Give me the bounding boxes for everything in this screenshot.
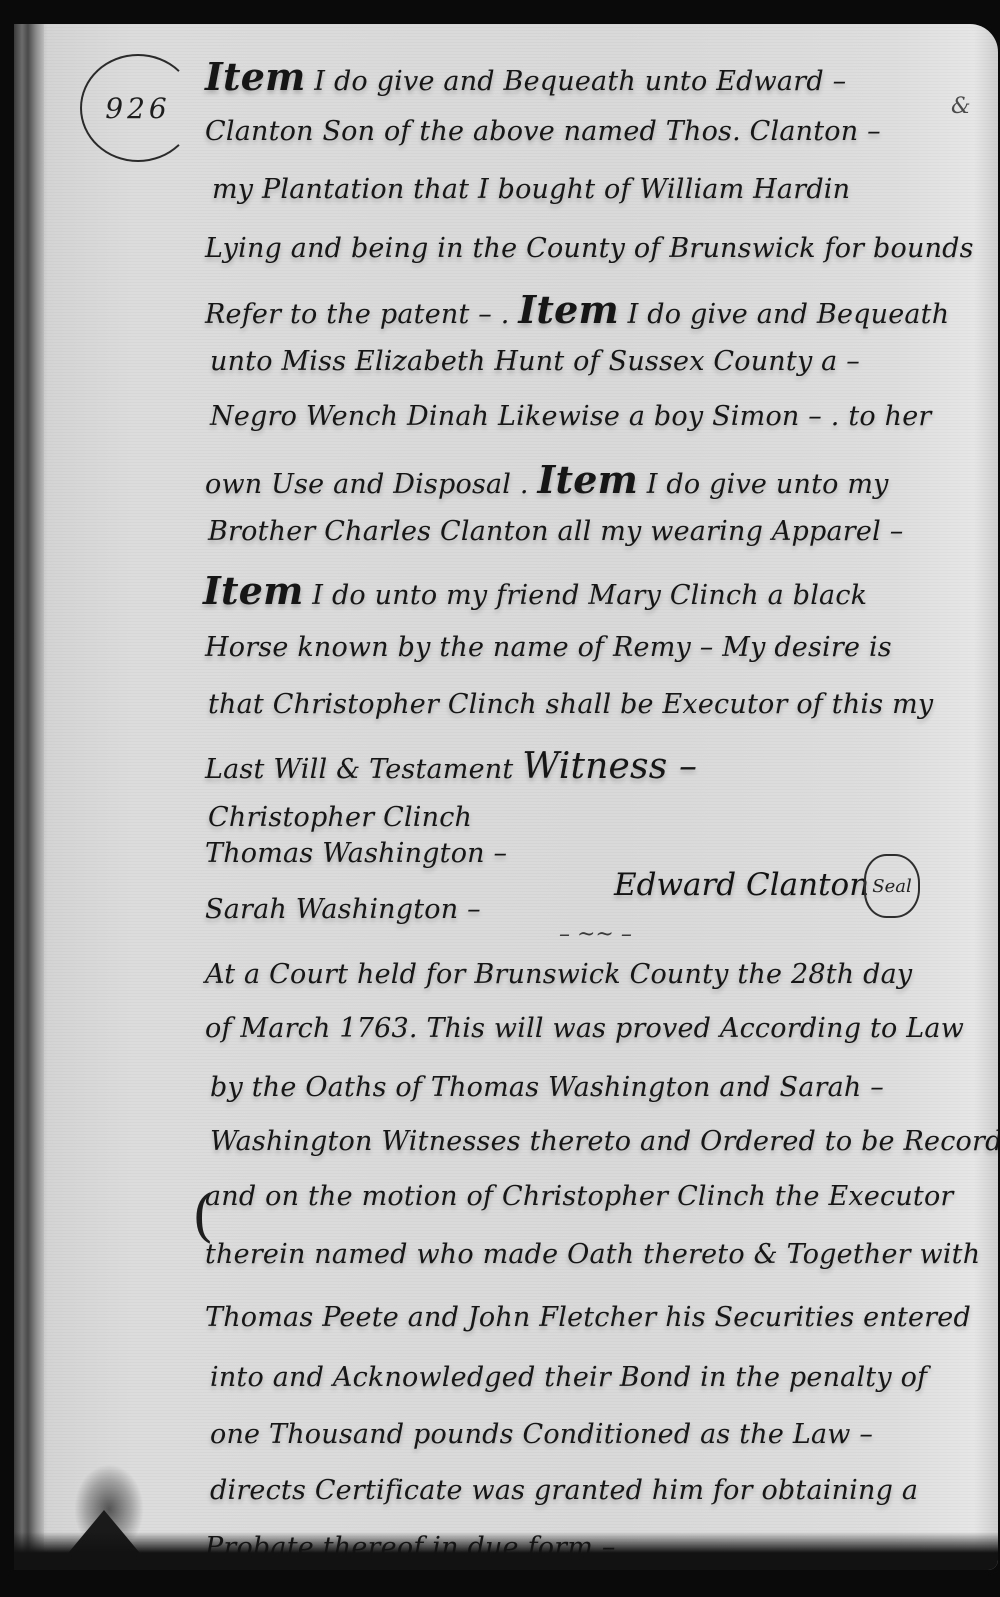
line-text: my Plantation that I bought of William H… <box>212 174 850 205</box>
line-text: Brother Charles Clanton all my wearing A… <box>208 516 903 547</box>
manuscript-line: Last Will & Testament Witness – <box>205 746 697 787</box>
line-text: Thomas Washington – <box>205 838 507 869</box>
line-text: and on the motion of Christopher Clinch … <box>205 1181 954 1212</box>
manuscript-line: one Thousand pounds Conditioned as the L… <box>210 1419 873 1450</box>
line-text: Last Will & Testament <box>205 754 522 785</box>
manuscript-line: Clanton Son of the above named Thos. Cla… <box>205 116 881 147</box>
line-text: Sarah Washington – <box>205 894 481 925</box>
line-text: Horse known by the name of Remy – My des… <box>205 632 892 663</box>
testator-signature: Edward Clanton <box>614 867 869 903</box>
line-text-suffix: I do give unto my <box>638 469 889 500</box>
line-text: of March 1763. This will was proved Acco… <box>205 1013 964 1044</box>
line-text: unto Miss Elizabeth Hunt of Sussex Count… <box>210 346 860 377</box>
line-text: that Christopher Clinch shall be Executo… <box>208 689 933 720</box>
manuscript-line: Refer to the patent – . Item I do give a… <box>205 287 949 332</box>
manuscript-line: directs Certificate was granted him for … <box>210 1475 918 1506</box>
line-text: I do unto my friend Mary Clinch a black <box>304 580 868 611</box>
manuscript-page: 926 & Item I do give and Bequeath unto E… <box>14 24 998 1570</box>
manuscript-line: At a Court held for Brunswick County the… <box>205 959 912 990</box>
line-text: Lying and being in the County of Brunswi… <box>205 233 974 264</box>
manuscript-line: Christopher Clinch <box>208 802 472 833</box>
manuscript-line: into and Acknowledged their Bond in the … <box>210 1362 927 1393</box>
manuscript-line: by the Oaths of Thomas Washington and Sa… <box>210 1072 884 1103</box>
manuscript-line: my Plantation that I bought of William H… <box>212 174 850 205</box>
manuscript-line: Horse known by the name of Remy – My des… <box>205 632 892 663</box>
line-text: Clanton Son of the above named Thos. Cla… <box>205 116 881 147</box>
item-heading: Item <box>518 287 619 332</box>
line-text: one Thousand pounds Conditioned as the L… <box>210 1419 873 1450</box>
seal-label: Seal <box>872 876 911 897</box>
seal-mark: Seal <box>864 854 920 918</box>
line-text: I do give and Bequeath unto Edward – <box>306 66 847 97</box>
line-text-suffix: I do give and Bequeath <box>619 299 949 330</box>
manuscript-line: Item I do give and Bequeath unto Edward … <box>205 54 846 99</box>
line-text: Refer to the patent – . <box>205 299 518 330</box>
page-number-text: 926 <box>105 92 170 125</box>
margin-bracket: ( <box>192 1184 214 1249</box>
manuscript-line: that Christopher Clinch shall be Executo… <box>208 689 933 720</box>
manuscript-line: Brother Charles Clanton all my wearing A… <box>208 516 903 547</box>
bottom-scan-shadow <box>14 1532 998 1570</box>
line-text: into and Acknowledged their Bond in the … <box>210 1362 927 1393</box>
manuscript-line: Thomas Peete and John Fletcher his Secur… <box>205 1302 971 1333</box>
manuscript-line: Lying and being in the County of Brunswi… <box>205 233 974 264</box>
margin-mark: & <box>951 94 971 119</box>
manuscript-line: Thomas Washington – <box>205 838 507 869</box>
item-heading: Item <box>203 568 304 613</box>
manuscript-line: therein named who made Oath thereto & To… <box>205 1239 980 1270</box>
manuscript-line: Negro Wench Dinah Likewise a boy Simon –… <box>210 401 931 432</box>
book-binding-edge <box>14 24 44 1570</box>
item-heading: Item <box>537 457 638 502</box>
manuscript-line: of March 1763. This will was proved Acco… <box>205 1013 964 1044</box>
line-text: Negro Wench Dinah Likewise a boy Simon –… <box>210 401 931 432</box>
line-text: At a Court held for Brunswick County the… <box>205 959 912 990</box>
manuscript-line: Sarah Washington – <box>205 894 481 925</box>
manuscript-line: unto Miss Elizabeth Hunt of Sussex Count… <box>210 346 860 377</box>
witness-heading: Witness – <box>522 746 697 787</box>
line-text: Washington Witnesses thereto and Ordered… <box>210 1126 998 1157</box>
line-text: own Use and Disposal . <box>205 469 537 500</box>
line-text: Christopher Clinch <box>208 802 472 833</box>
line-text: directs Certificate was granted him for … <box>210 1475 918 1506</box>
item-heading: Item <box>205 54 306 99</box>
manuscript-line: Item I do unto my friend Mary Clinch a b… <box>203 568 867 613</box>
line-text: by the Oaths of Thomas Washington and Sa… <box>210 1072 884 1103</box>
witness-scribble: – ~~ – <box>559 922 632 947</box>
manuscript-line: and on the motion of Christopher Clinch … <box>205 1181 954 1212</box>
manuscript-line: own Use and Disposal . Item I do give un… <box>205 457 889 502</box>
page-number-circled: 926 <box>80 54 196 162</box>
line-text: therein named who made Oath thereto & To… <box>205 1239 980 1270</box>
line-text: Thomas Peete and John Fletcher his Secur… <box>205 1302 971 1333</box>
manuscript-line: Washington Witnesses thereto and Ordered… <box>210 1126 998 1157</box>
